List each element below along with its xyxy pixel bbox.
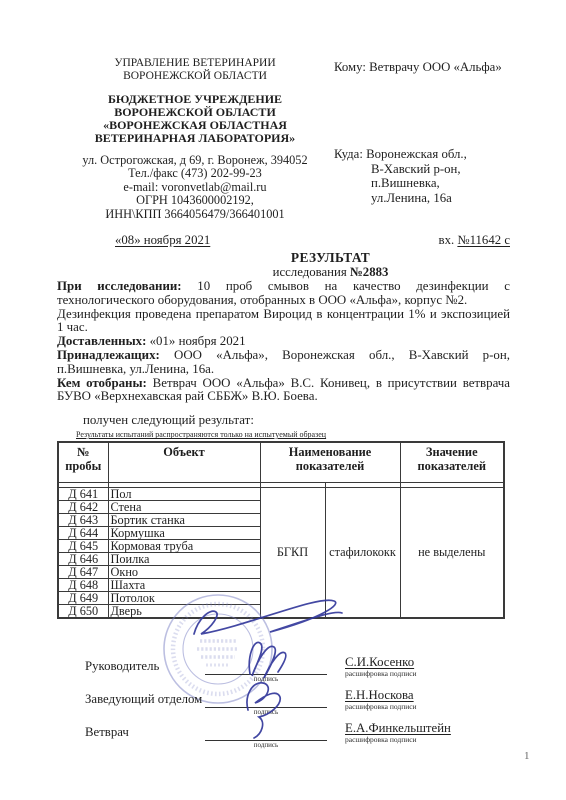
header-sample-number: № пробы <box>58 442 108 482</box>
signer-role: Руководитель <box>85 648 197 683</box>
incoming-number: вх. №11642 с <box>439 233 510 248</box>
paragraph-delivered: Доставленных: «01» ноября 2021 <box>57 335 510 349</box>
paragraph-label: Доставленных: <box>57 334 146 348</box>
paragraph-label: Принадлежащих: <box>57 348 160 362</box>
paragraph-label: Кем отобраны: <box>57 376 147 390</box>
date-row: «08» ноября 2021 вх. №11642 с <box>57 233 510 248</box>
signature-field: подпись <box>205 681 327 716</box>
letterhead-org-block: УПРАВЛЕНИЕ ВЕТЕРИНАРИИ ВОРОНЕЖСКОЙ ОБЛАС… <box>57 57 333 221</box>
sample-id: Д 642 <box>58 500 108 513</box>
signature-decode-caption: расшифровка подписи <box>345 702 510 711</box>
signer-role: Заведующий отделом <box>85 681 197 716</box>
sample-id: Д 646 <box>58 552 108 565</box>
sample-object: Окно <box>108 565 260 578</box>
sample-object: Кормушка <box>108 526 260 539</box>
paragraph-value: «01» ноября 2021 <box>146 334 245 348</box>
org-phone: Тел./факс (473) 202-99-23 <box>57 167 333 180</box>
signer-role: Ветврач <box>85 714 197 749</box>
table-header-row: № пробы Объект Наименование показателей … <box>58 442 504 482</box>
paragraph-disinfection: Дезинфекция проведена препаратом Вироцид… <box>57 308 510 336</box>
header-indicator-value: Значение показателей <box>400 442 504 482</box>
document-page: УПРАВЛЕНИЕ ВЕТЕРИНАРИИ ВОРОНЕЖСКОЙ ОБЛАС… <box>0 0 566 800</box>
signer-name: С.И.Косенко <box>345 655 510 669</box>
department-line: УПРАВЛЕНИЕ ВЕТЕРИНАРИИ <box>57 57 333 70</box>
signer-name-block: Е.Н.Носкова расшифровка подписи <box>345 681 510 716</box>
results-table: № пробы Объект Наименование показателей … <box>57 441 505 619</box>
signature-field: подпись <box>205 648 327 683</box>
letterhead: УПРАВЛЕНИЕ ВЕТЕРИНАРИИ ВОРОНЕЖСКОЙ ОБЛАС… <box>57 57 510 221</box>
page-number: 1 <box>524 750 530 762</box>
signer-name: Е.А.Финкельштейн <box>345 721 510 735</box>
document-title: РЕЗУЛЬТАТ <box>151 251 510 265</box>
recipient-address-line: В-Хавский р-он, п.Вишневка, <box>334 162 510 191</box>
result-intro: получен следующий результат: <box>83 413 510 428</box>
department-line: ВОРОНЕЖСКОЙ ОБЛАСТИ <box>57 70 333 83</box>
signature-decode-caption: расшифровка подписи <box>345 669 510 678</box>
incoming-number-value: №11642 с <box>457 233 510 247</box>
signature-line <box>205 714 327 741</box>
sample-object: Пол <box>108 487 260 500</box>
signature-caption: подпись <box>205 741 327 749</box>
sample-id: Д 644 <box>58 526 108 539</box>
paragraph-label: При исследовании: <box>57 279 182 293</box>
indicator-staphylococcus: стафилококк <box>325 487 400 618</box>
signature-section: Руководитель подпись С.И.Косенко расшифр… <box>85 648 510 747</box>
organization-name: БЮДЖЕТНОЕ УЧРЕЖДЕНИЕ ВОРОНЕЖСКОЙ ОБЛАСТИ… <box>57 93 333 145</box>
document-date: «08» ноября 2021 <box>115 233 210 248</box>
paragraph-sampled-by: Кем отобраны: Ветврач ООО «Альфа» В.С. К… <box>57 377 510 405</box>
subtitle-text: исследования <box>273 265 350 279</box>
org-inn: ИНН\КПП 3664056479/366401001 <box>57 208 333 221</box>
signature-field: подпись <box>205 714 327 749</box>
recipient-address-line: ул.Ленина, 16а <box>334 191 510 206</box>
sample-object: Кормовая труба <box>108 539 260 552</box>
signature-line <box>205 681 327 708</box>
signer-name-block: Е.А.Финкельштейн расшифровка подписи <box>345 714 510 749</box>
sample-id: Д 648 <box>58 578 108 591</box>
signature-row-vet: Ветврач подпись Е.А.Финкельштейн расшифр… <box>85 714 510 747</box>
incoming-prefix: вх. <box>439 233 458 247</box>
signature-row-head: Руководитель подпись С.И.Косенко расшифр… <box>85 648 510 681</box>
signer-name: Е.Н.Носкова <box>345 688 510 702</box>
signature-line <box>205 648 327 675</box>
sample-object: Шахта <box>108 578 260 591</box>
org-ogrn: ОГРН 1043600002192, <box>57 194 333 207</box>
signer-name-block: С.И.Косенко расшифровка подписи <box>345 648 510 683</box>
organization-line: ВЕТЕРИНАРНАЯ ЛАБОРАТОРИЯ» <box>57 132 333 145</box>
paragraph-research: При исследовании: 10 проб смывов на каче… <box>57 280 510 308</box>
recipient-block: Кому: Ветврачу ООО «Альфа» Куда: Воронеж… <box>333 57 510 221</box>
org-email: e-mail: voronvetlab@mail.ru <box>57 181 333 194</box>
recipient-address-line: Куда: Воронежская обл., <box>334 147 510 162</box>
sample-id: Д 649 <box>58 591 108 604</box>
result-disclaimer: Результаты испытаний распространяются то… <box>76 430 510 439</box>
document-subtitle: исследования №2883 <box>151 265 510 279</box>
sample-object: Стена <box>108 500 260 513</box>
signature-decode-caption: расшифровка подписи <box>345 735 510 744</box>
body-text: При исследовании: 10 проб смывов на каче… <box>57 280 510 404</box>
indicator-result-value: не выделены <box>400 487 504 618</box>
table-row: Д 641ПолБГКПстафилококкне выделены <box>58 487 504 500</box>
org-address: ул. Острогожская, д 69, г. Воронеж, 3940… <box>57 154 333 167</box>
title-block: РЕЗУЛЬТАТ исследования №2883 <box>57 251 510 279</box>
signature-row-department: Заведующий отделом подпись Е.Н.Носкова р… <box>85 681 510 714</box>
organization-contacts: ул. Острогожская, д 69, г. Воронеж, 3940… <box>57 154 333 221</box>
header-indicator-name: Наименование показателей <box>260 442 400 482</box>
research-number: №2883 <box>350 265 388 279</box>
sample-id: Д 643 <box>58 513 108 526</box>
sample-object: Поилка <box>108 552 260 565</box>
department-name: УПРАВЛЕНИЕ ВЕТЕРИНАРИИ ВОРОНЕЖСКОЙ ОБЛАС… <box>57 57 333 83</box>
paragraph-owner: Принадлежащих: ООО «Альфа», Воронежская … <box>57 349 510 377</box>
sample-id: Д 645 <box>58 539 108 552</box>
header-object: Объект <box>108 442 260 482</box>
recipient-to: Кому: Ветврачу ООО «Альфа» <box>334 60 510 75</box>
recipient-address: Куда: Воронежская обл., В-Хавский р-он, … <box>334 147 510 205</box>
sample-id: Д 650 <box>58 604 108 618</box>
results-table-body: Д 641ПолБГКПстафилококкне выделеныД 642С… <box>58 482 504 618</box>
sample-object: Бортик станка <box>108 513 260 526</box>
sample-id: Д 641 <box>58 487 108 500</box>
sample-id: Д 647 <box>58 565 108 578</box>
